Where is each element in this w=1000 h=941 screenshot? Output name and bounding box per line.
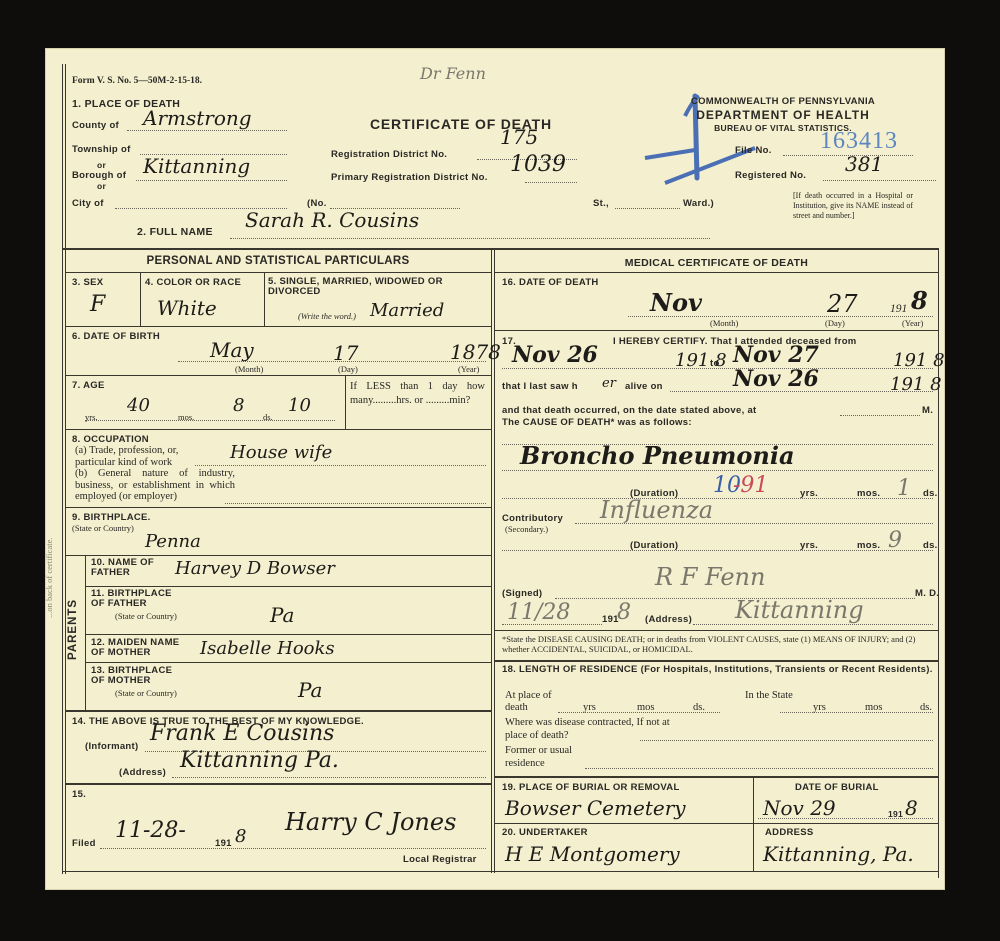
last-saw-year: 191 8	[890, 374, 942, 395]
dob-month: May	[210, 338, 254, 362]
dod-year-suffix: 8	[911, 286, 928, 315]
birthplace-label: 9. BIRTHPLACE.	[72, 512, 151, 523]
hospital-note: [If death occurred in a Hospital or Inst…	[793, 191, 913, 221]
medical-header: MEDICAL CERTIFICATE OF DEATH	[495, 257, 938, 269]
informant-address-value: Kittanning Pa.	[180, 748, 339, 773]
birthplace-sub: (State or Country)	[72, 523, 134, 533]
dod-label: 16. DATE OF DEATH	[502, 277, 599, 288]
filed-year-suffix: 8	[235, 826, 246, 847]
contrib-duration-ds: ds.	[923, 540, 938, 551]
signed-label: (Signed)	[502, 588, 542, 599]
mother-name-label: 12. MAIDEN NAME OF MOTHER	[91, 638, 191, 658]
contributory-sub: (Secondary.)	[505, 524, 548, 534]
cause-label: The CAUSE OF DEATH* was as follows:	[502, 417, 692, 428]
undertaker-address-value: Kittanning, Pa.	[763, 842, 914, 866]
registered-number-value: 381	[845, 152, 883, 176]
last-saw-date: Nov 26	[733, 366, 819, 392]
dod-day-caption: (Day)	[825, 318, 845, 328]
occupation-b-value	[225, 503, 486, 504]
in-state-label: In the State	[745, 690, 795, 702]
birthplace-value: Penna	[145, 531, 201, 552]
borough-value: Kittanning	[143, 154, 250, 178]
primary-district-label: Primary Registration District No.	[331, 172, 488, 183]
primary-district-value: 1039	[510, 152, 566, 177]
contrib-duration-mos: mos.	[857, 540, 880, 551]
md-label: M. D.	[915, 588, 939, 599]
sex-value: F	[90, 292, 105, 317]
left-border-line	[62, 64, 63, 874]
month-caption: (Month)	[235, 364, 263, 374]
less-than-day-note: If LESS than 1 day how many.........hrs.…	[350, 380, 485, 408]
cause-footnote: *State the DISEASE CAUSING DEATH; or in …	[502, 634, 934, 654]
file-number-label: File No.	[735, 145, 772, 156]
year-caption: (Year)	[458, 364, 479, 374]
top-annotation: Dr Fenn	[420, 64, 486, 83]
dod-day: 27	[827, 290, 858, 318]
undertaker-value: H E Montgomery	[505, 842, 680, 866]
race-value: White	[157, 296, 217, 320]
death-time-m: M.	[922, 405, 933, 416]
race-label: 4. COLOR OR RACE	[145, 277, 241, 288]
father-birthplace-value: Pa	[270, 603, 294, 627]
duration-mos: mos.	[857, 488, 880, 499]
burial-year-suffix: 8	[905, 796, 918, 820]
burial-year-prefix: 191	[888, 809, 903, 819]
burial-place-label: 19. PLACE OF BURIAL OR REMOVAL	[502, 782, 680, 793]
father-name-value: Harvey D Bowser	[175, 558, 335, 579]
marital-label: 5. SINGLE, MARRIED, WIDOWED OR DIVORCED	[268, 277, 488, 297]
death-time-text: and that death occurred, on the date sta…	[502, 405, 757, 416]
mother-birthplace-value: Pa	[298, 678, 322, 702]
age-days: 10	[288, 395, 311, 416]
dod-month: Nov	[650, 288, 702, 317]
cause-of-death-value: Broncho Pneumonia	[520, 441, 795, 470]
dob-label: 6. DATE OF BIRTH	[72, 331, 160, 342]
attended-to-date: Nov 27	[733, 342, 819, 368]
disease-contracted-value	[640, 740, 933, 741]
attended-from-date: Nov 26	[512, 342, 598, 368]
contrib-duration-yrs: yrs.	[800, 540, 818, 551]
physician-address-value: Kittanning	[735, 596, 864, 624]
signed-year-value: 8	[617, 600, 631, 625]
state-res-yrs: yrs	[813, 702, 826, 713]
father-name-label: 10. NAME OF FATHER	[91, 558, 166, 578]
full-name-value: Sarah R. Cousins	[245, 208, 419, 232]
marital-hint: (Write the word.)	[298, 311, 356, 321]
registered-number-label: Registered No.	[735, 170, 806, 181]
former-residence-value	[585, 768, 933, 769]
agency-line2: DEPARTMENT OF HEALTH	[663, 108, 903, 122]
res-mos: mos	[637, 702, 655, 713]
right-border-line	[938, 248, 939, 878]
mother-name-value: Isabelle Hooks	[200, 638, 335, 659]
informant-label: (Informant)	[85, 741, 138, 752]
signed-date-value: 11/28	[507, 600, 570, 625]
mos-caption: mos.	[178, 412, 194, 422]
full-name-label: 2. FULL NAME	[137, 226, 213, 238]
disease-contracted-label: Where was disease contracted, If not at …	[505, 716, 670, 742]
left-border-line-inner	[65, 64, 66, 874]
ds-caption: ds.	[263, 412, 273, 422]
occupation-value: House wife	[230, 442, 332, 463]
last-saw-label: that I last saw h	[502, 381, 578, 392]
burial-date-value: Nov 29	[763, 796, 836, 820]
physician-signature: R F Fenn	[655, 563, 765, 591]
attended-to-year: 191 8	[893, 350, 945, 371]
filed-year-prefix: 191	[215, 838, 232, 849]
registration-district-label: Registration District No.	[331, 149, 447, 160]
physician-address-label: (Address)	[645, 614, 692, 625]
township-label: Township of	[72, 144, 131, 155]
duration-days-value: 1	[897, 476, 911, 501]
burial-date-label: DATE OF BURIAL	[795, 782, 879, 793]
dod-year-prefix: 191	[890, 303, 907, 315]
parents-label: PARENTS	[67, 599, 79, 660]
sex-label: 3. SEX	[72, 277, 103, 288]
street-label: St.,	[593, 198, 609, 209]
filed-date-value: 11-28-	[115, 818, 186, 843]
res-ds: ds.	[693, 702, 705, 713]
or-label: or	[97, 160, 106, 170]
file-number-stamp: 163413	[820, 128, 898, 155]
alive-on-label: alive on	[625, 381, 663, 392]
father-birthplace-sub: (State or Country)	[115, 611, 177, 621]
undertaker-address-label: ADDRESS	[765, 827, 814, 838]
age-label: 7. AGE	[72, 380, 105, 391]
city-label: City of	[72, 198, 104, 209]
mother-birthplace-label: 13. BIRTHPLACE OF MOTHER	[91, 666, 176, 686]
age-years: 40	[127, 395, 150, 416]
death-time-value	[840, 415, 920, 416]
ward-label: Ward.)	[683, 198, 714, 209]
registrar-signature: Harry C Jones	[285, 808, 456, 836]
registration-district-value: 175	[500, 125, 538, 149]
yrs-caption: yrs.	[85, 412, 98, 422]
dod-year-caption: (Year)	[902, 318, 923, 328]
agency-line1: COMMONWEALTH OF PENNSYLVANIA	[663, 96, 903, 107]
father-birthplace-label: 11. BIRTHPLACE OF FATHER	[91, 589, 176, 609]
contributory-label: Contributory	[502, 513, 563, 524]
age-months: 8	[233, 395, 244, 416]
duration-code-red: -91	[733, 473, 768, 498]
undertaker-label: 20. UNDERTAKER	[502, 827, 588, 838]
duration-yrs: yrs.	[800, 488, 818, 499]
county-label: County of	[72, 120, 119, 131]
duration-ds: ds.	[923, 488, 938, 499]
contributory-value: Influenza	[600, 496, 713, 524]
burial-place-value: Bowser Cemetery	[505, 796, 686, 820]
county-value: Armstrong	[143, 106, 252, 130]
residence-label: 18. LENGTH OF RESIDENCE (For Hospitals, …	[502, 665, 934, 675]
filed-number: 15.	[72, 789, 86, 800]
dod-month-caption: (Month)	[710, 318, 738, 328]
contrib-duration-days-value: 9	[888, 528, 902, 553]
to-label: to	[710, 358, 720, 369]
registrar-label: Local Registrar	[403, 854, 477, 865]
at-place-label: At place of death	[505, 690, 563, 714]
occupation-label: 8. OCCUPATION	[72, 434, 149, 445]
informant-value: Frank E Cousins	[150, 721, 334, 746]
informant-address-label: (Address)	[119, 767, 166, 778]
filed-label: Filed	[72, 838, 96, 849]
dob-year: 1878	[450, 340, 501, 364]
personal-header: PERSONAL AND STATISTICAL PARTICULARS	[65, 255, 491, 267]
or-label: or	[97, 181, 106, 191]
form-number: Form V. S. No. 5—50M-2-15-18.	[72, 76, 202, 86]
margin-note: ...on back of certificate.	[44, 538, 54, 618]
contrib-duration-label: (Duration)	[630, 540, 678, 551]
dob-day: 17	[333, 341, 358, 365]
res-yrs: yrs	[583, 702, 596, 713]
marital-value: Married	[370, 300, 444, 321]
former-residence-label: Former or usual residence	[505, 744, 605, 770]
occupation-b-label: (b) General nature of industry, business…	[75, 468, 235, 503]
death-certificate: ...on back of certificate. Form V. S. No…	[45, 48, 945, 890]
state-res-ds: ds.	[920, 702, 932, 713]
borough-label: Borough of	[72, 170, 126, 181]
day-caption: (Day)	[338, 364, 358, 374]
state-res-mos: mos	[865, 702, 883, 713]
mother-birthplace-sub: (State or Country)	[115, 688, 177, 698]
last-saw-pronoun: er	[602, 376, 616, 391]
